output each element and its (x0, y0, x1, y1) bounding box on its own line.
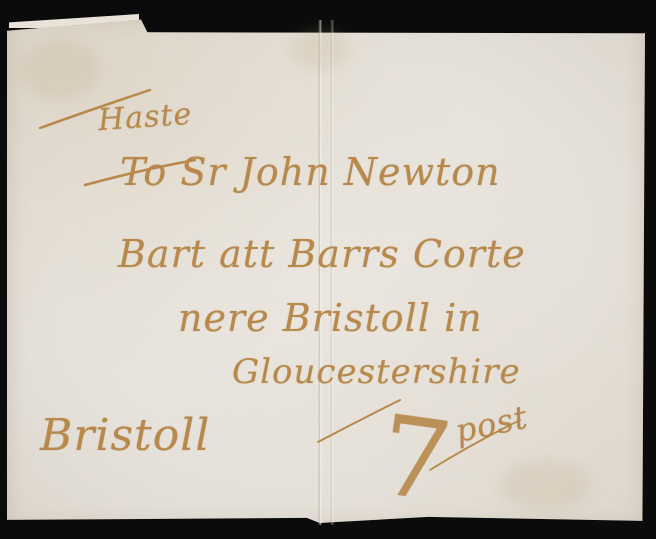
paper-stain (290, 30, 350, 70)
photo-stage: Haste To Sr John Newton Bart att Barrs C… (0, 0, 656, 539)
address-line-residence: Bart att Barrs Corte (118, 232, 526, 276)
paper-stain (20, 40, 100, 100)
address-line-town: nere Bristoll in (178, 296, 483, 340)
address-line-recipient: To Sr John Newton (120, 150, 501, 194)
address-line-county: Gloucestershire (232, 352, 521, 392)
haste-endorsement: Haste (97, 97, 193, 138)
town-endorsement: Bristoll (40, 410, 210, 461)
paper-stain (500, 460, 590, 510)
